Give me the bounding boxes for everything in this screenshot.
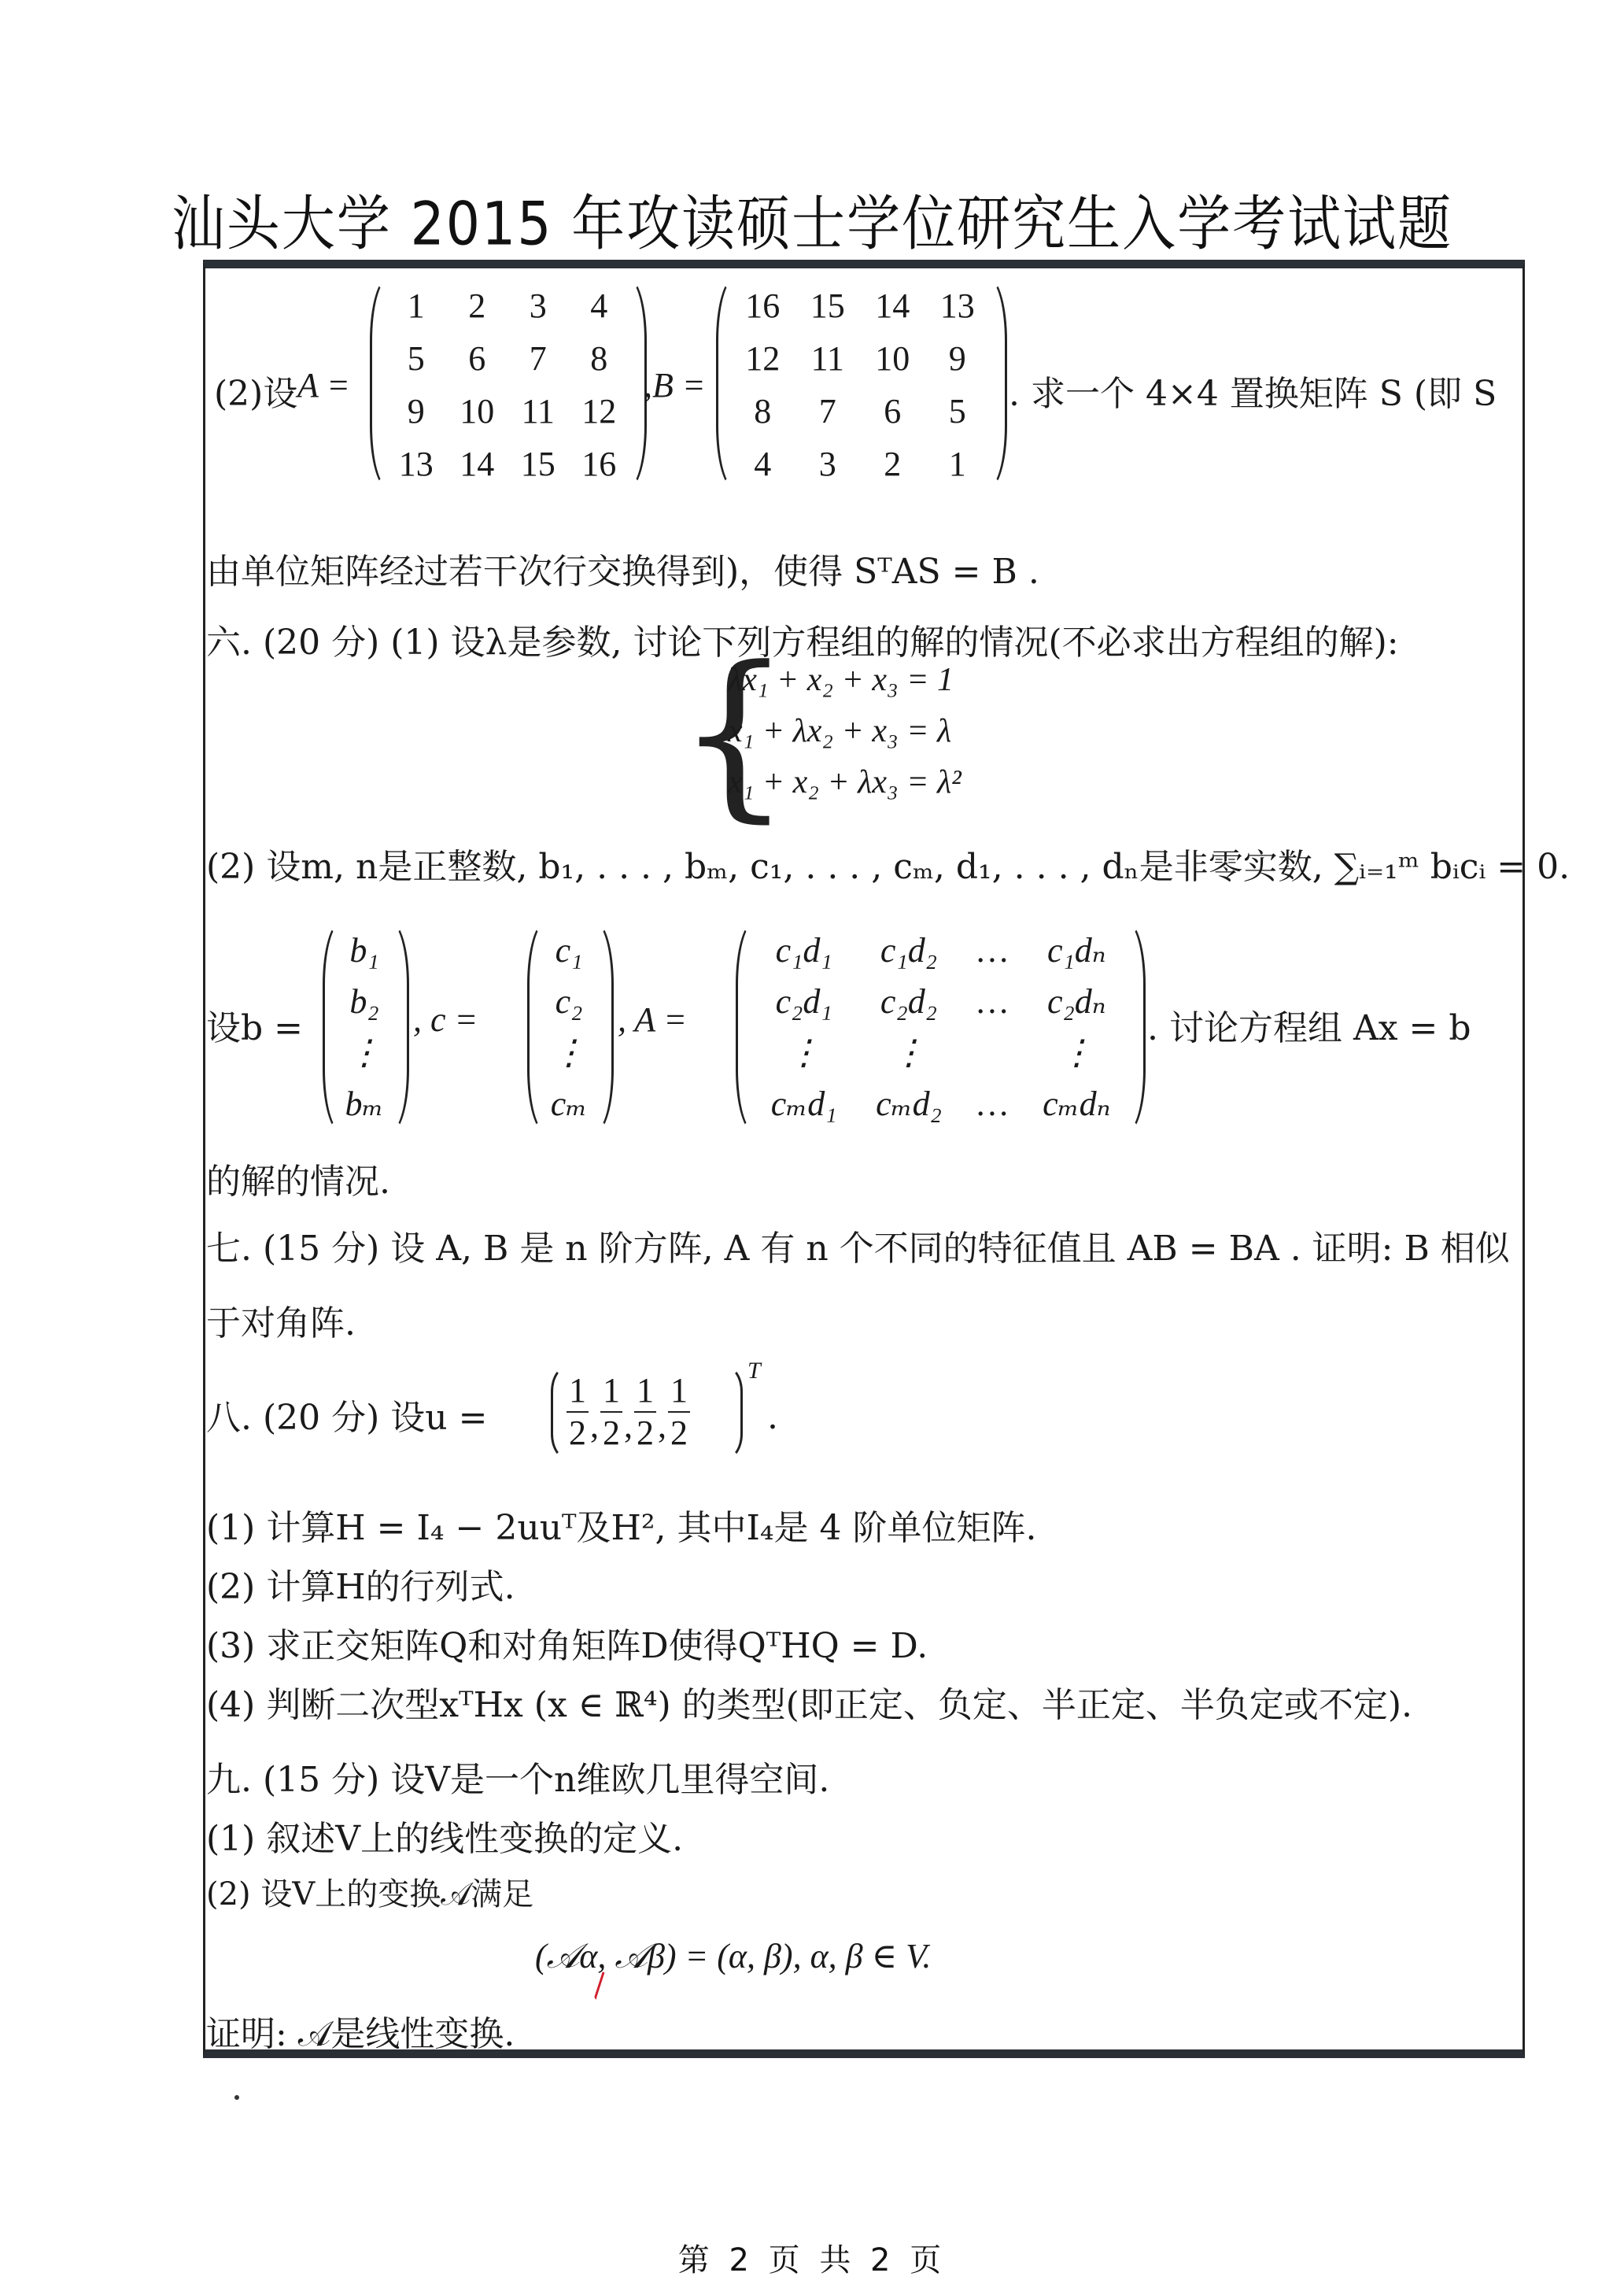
vector-c-cell: ⋮ [552,1033,586,1073]
matrix-B-cell: 10 [875,338,910,379]
matrix-A-cell: 15 [521,444,555,484]
q8-header-suffix: . [767,1397,778,1437]
q5-part2-prefix: (2)设 [214,365,297,416]
q9-header: 九. (15 分) 设V是一个n维欧几里得空间. [206,1751,829,1802]
matrix-cd-cell: c₂d₁ [776,981,832,1022]
q8-item-2: (2) 计算H的行列式. [206,1558,515,1609]
q9-proof: 证明: 𝒜是线性变换. [206,2005,515,2056]
q8-item-1: (1) 计算H = I₄ − 2uuᵀ及H², 其中I₄是 4 阶单位矩阵. [206,1499,1036,1550]
q5-B-label: ,B = [644,365,706,405]
matrix-A-cell: 8 [590,338,607,379]
q6-part2-end: 的解的情况. [206,1153,390,1203]
mat-A-label: , A = [618,1000,687,1040]
matrix-B-cell: 16 [745,286,780,326]
vector-c-cell: c₁ [555,930,583,970]
matrix-A-cell: 16 [581,444,616,484]
vector-b-cell: ⋮ [347,1033,382,1073]
q8-item-4: (4) 判断二次型xᵀHx (x ∈ ℝ⁴) 的类型(即正定、负定、半正定、半负… [206,1676,1412,1727]
matrix-B-cell: 5 [949,391,966,431]
matrix-cd-cell: c₂d₂ [880,981,937,1022]
q7-line2: 于对角阵. [206,1295,356,1345]
matrix-A-cell: 6 [468,338,485,379]
matrix-cd-cell: ⋮ [787,1033,821,1073]
matrix-A-cell: 3 [530,286,547,326]
matrix-B-cell: 2 [884,444,901,484]
matrix-B-cell: 6 [884,391,901,431]
q7-line1: 七. (15 分) 设 A, B 是 n 阶方阵, A 有 n 个不同的特征值且… [206,1220,1510,1270]
q6-part2-line: (2) 设m, n是正整数, b₁, . . . , bₘ, c₁, . . .… [206,838,1570,889]
matrix-cd-cell: cₘdₙ [1043,1084,1110,1124]
system-eq-2: x₁ + λx₂ + x₃ = λ [728,712,951,750]
matrix-cd-cell: … [977,1084,1008,1124]
vector-c-cell: cₘ [551,1084,588,1124]
matrix-B-cell: 4 [754,444,771,484]
q9-formula: (𝒜α, 𝒜β) = (α, β), α, β ∈ V. [535,1936,931,1976]
matrix-cd-cell: c₁dₙ [1047,930,1106,970]
system-eq-1: λx₁ + x₂ + x₃ = 1 [728,661,954,699]
exam-title: 汕头大学 2015 年攻读硕士学位研究生入学考试试题 [0,176,1624,262]
vec-c-label: , c = [413,1000,478,1040]
matrix-cd-cell: ⋮ [1059,1033,1094,1073]
matrix-A-cell: 12 [581,391,616,431]
matrix-B-cell: 15 [810,286,845,326]
fraction: 12 [634,1373,656,1451]
matrix-A-cell: 9 [408,391,425,431]
matrix-cd-cell: c₁d₂ [880,930,937,970]
matrix-B-cell: 13 [940,286,975,326]
matrix-B-cell: 9 [949,338,966,379]
q8-item-3: (3) 求正交矩阵Q和对角矩阵D使得QᵀHQ = D. [206,1617,928,1668]
transpose-sup: T [747,1358,761,1384]
fraction: 12 [567,1373,589,1451]
fraction: 12 [668,1373,690,1451]
matrix-A-cell: 7 [530,338,547,379]
vector-b-cell: b₁ [349,930,378,970]
scan-artifact [234,2095,239,2100]
matrix-cd-cell: c₂dₙ [1047,981,1106,1022]
matrix-A-cell: 10 [460,391,494,431]
matrix-cd-cell: … [977,930,1008,970]
q6-header: 六. (20 分) (1) 设λ是参数, 讨论下列方程组的解的情况(不必求出方程… [206,614,1399,664]
matrix-cd-cell: ⋮ [891,1033,926,1073]
vec-b-label: 设b = [206,1000,303,1050]
matrix-cd-cell: cₘd₁ [771,1084,837,1124]
matrix-B-cell: 3 [819,444,836,484]
matrix-A-cell: 5 [408,338,425,379]
matrix-cd-cell: … [977,981,1008,1022]
matrix-A-cell: 14 [460,444,494,484]
matrix-cd-cell: cₘd₂ [876,1084,942,1124]
q5-part2-suffix: . 求一个 4×4 置换矩阵 S (即 S [1009,365,1497,416]
vector-b-cell: bₘ [345,1084,384,1124]
matrix-B-cell: 11 [811,338,844,379]
fraction: 12 [600,1373,622,1451]
vector-b-cell: b₂ [349,981,378,1022]
matrix-A-cell: 2 [468,286,485,326]
matrix-A-cell: 11 [522,391,555,431]
system-eq-3: x₁ + x₂ + λx₃ = λ² [728,763,961,801]
matrix-A-cell: 13 [399,444,434,484]
q5-part2-line2: 由单位矩阵经过若干次行交换得到)，使得 SᵀAS = B . [206,543,1039,593]
page-footer: 第 2 页 共 2 页 [0,2235,1624,2280]
matrix-cd-cell: c₁d₁ [776,930,832,970]
q6-part2-suffix: . 讨论方程组 Ax = b [1147,1000,1471,1050]
q9-item-2: (2) 设V上的变换𝒜满足 [206,1869,533,1914]
matrix-B-cell: 7 [819,391,836,431]
q9-item-1: (1) 叙述V上的线性变换的定义. [206,1810,683,1861]
matrix-A-cell: 1 [408,286,425,326]
matrix-B-cell: 12 [745,338,780,379]
q5-A-label: A = [297,365,350,405]
matrix-B-cell: 8 [754,391,771,431]
matrix-B-cell: 1 [949,444,966,484]
matrix-B-cell: 14 [875,286,910,326]
matrix-A-cell: 4 [590,286,607,326]
vector-c-cell: c₂ [555,981,583,1022]
q8-header: 八. (20 分) 设u = [206,1389,487,1439]
